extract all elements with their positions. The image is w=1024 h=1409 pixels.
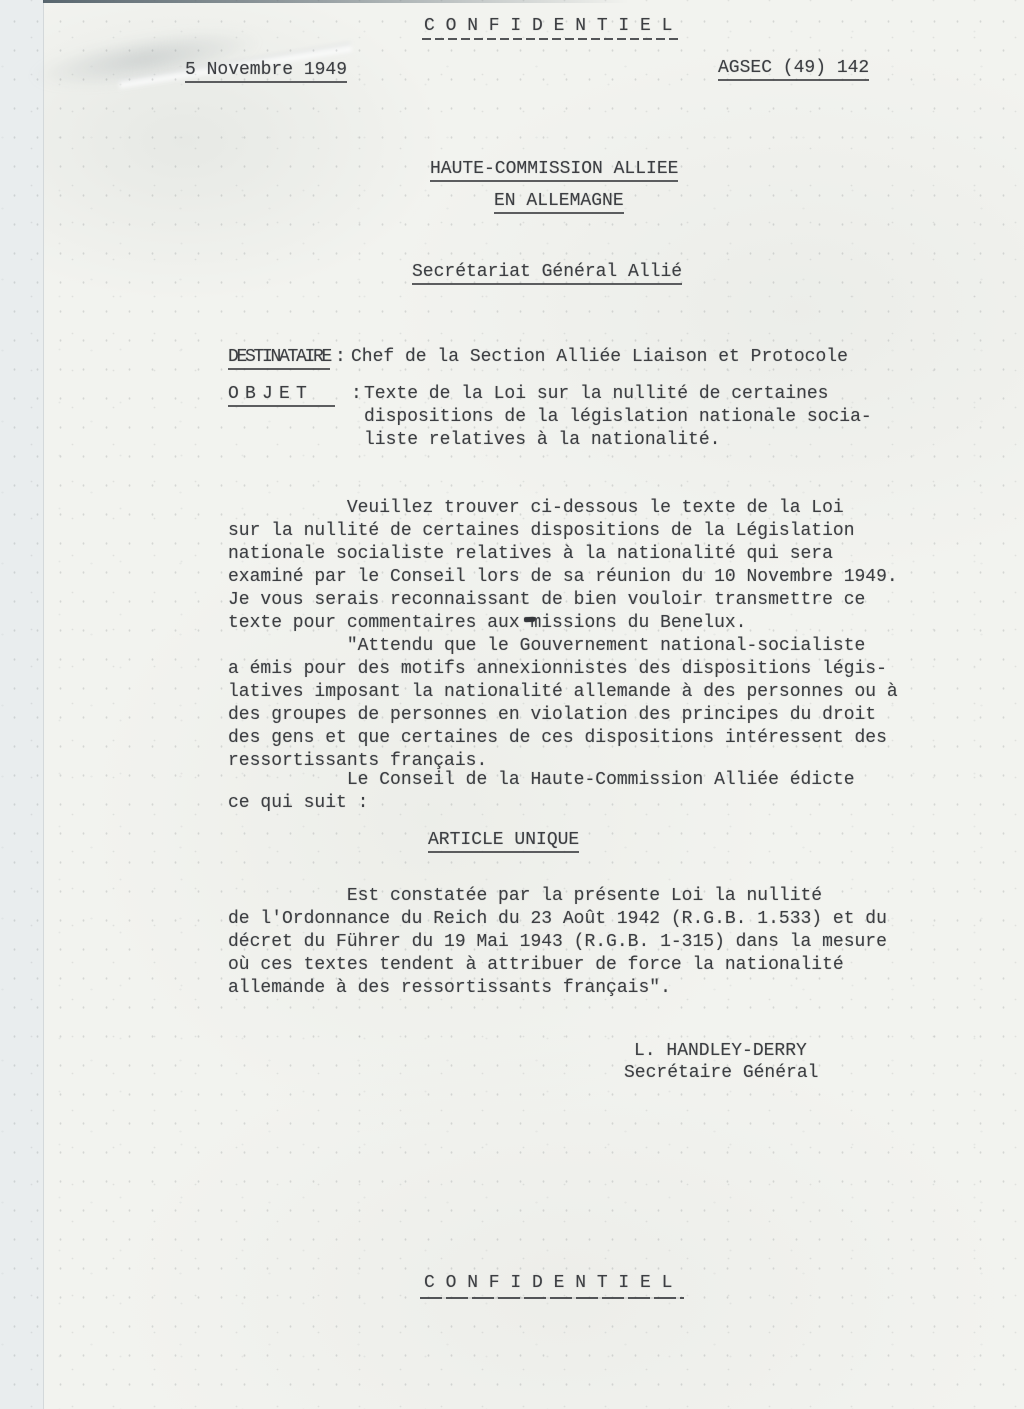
signature-name: L. HANDLEY-DERRY (634, 1040, 807, 1063)
signature-title: Secrétaire Général (624, 1062, 818, 1085)
article-heading: ARTICLE UNIQUE (428, 829, 579, 852)
scanned-document-page: C O N F I D E N T I E L 5 Novembre 1949 … (0, 0, 1024, 1409)
article-body: Est constatée par la présente Loi la nul… (228, 885, 988, 1000)
org-title-line1: HAUTE-COMMISSION ALLIEE (430, 158, 678, 181)
classification-bottom: C O N F I D E N T I E L (424, 1272, 672, 1295)
scan-top-edge-line (43, 0, 653, 3)
office-title: Secrétariat Général Allié (412, 261, 682, 284)
destinataire-separator: : (335, 346, 346, 369)
objet-separator: : (351, 383, 362, 406)
document-date-text: 5 Novembre 1949 (185, 60, 347, 83)
destinataire-label-text: DESTINATAIRE (228, 347, 330, 370)
classification-top: C O N F I D E N T I E L (424, 15, 672, 38)
objet-label-text: O B J E T (228, 384, 335, 407)
classification-top-underline (422, 38, 678, 40)
destinataire-value: Chef de la Section Alliée Liaison et Pro… (351, 346, 848, 369)
article-heading-text: ARTICLE UNIQUE (428, 830, 579, 853)
body-paragraph-3: Le Conseil de la Haute-Commission Alliée… (228, 769, 988, 815)
org-title-line2: EN ALLEMAGNE (494, 190, 624, 213)
org-title-line1-text: HAUTE-COMMISSION ALLIEE (430, 159, 678, 182)
office-title-text: Secrétariat Général Allié (412, 262, 682, 285)
objet-value: Texte de la Loi sur la nullité de certai… (364, 383, 984, 452)
org-title-line2-text: EN ALLEMAGNE (494, 191, 624, 214)
document-reference-text: AGSEC (49) 142 (718, 58, 869, 81)
scanner-edge-strip (0, 0, 44, 1409)
objet-label: O B J E T (228, 383, 335, 406)
body-paragraph-1: Veuillez trouver ci-dessous le texte de … (228, 497, 988, 635)
paragraph-separator-mark (524, 617, 535, 622)
document-date: 5 Novembre 1949 (185, 59, 347, 82)
body-paragraph-2: "Attendu que le Gouvernement national-so… (228, 635, 988, 773)
classification-bottom-underline (420, 1297, 684, 1299)
document-reference: AGSEC (49) 142 (718, 57, 869, 80)
destinataire-label: DESTINATAIRE (228, 346, 330, 369)
